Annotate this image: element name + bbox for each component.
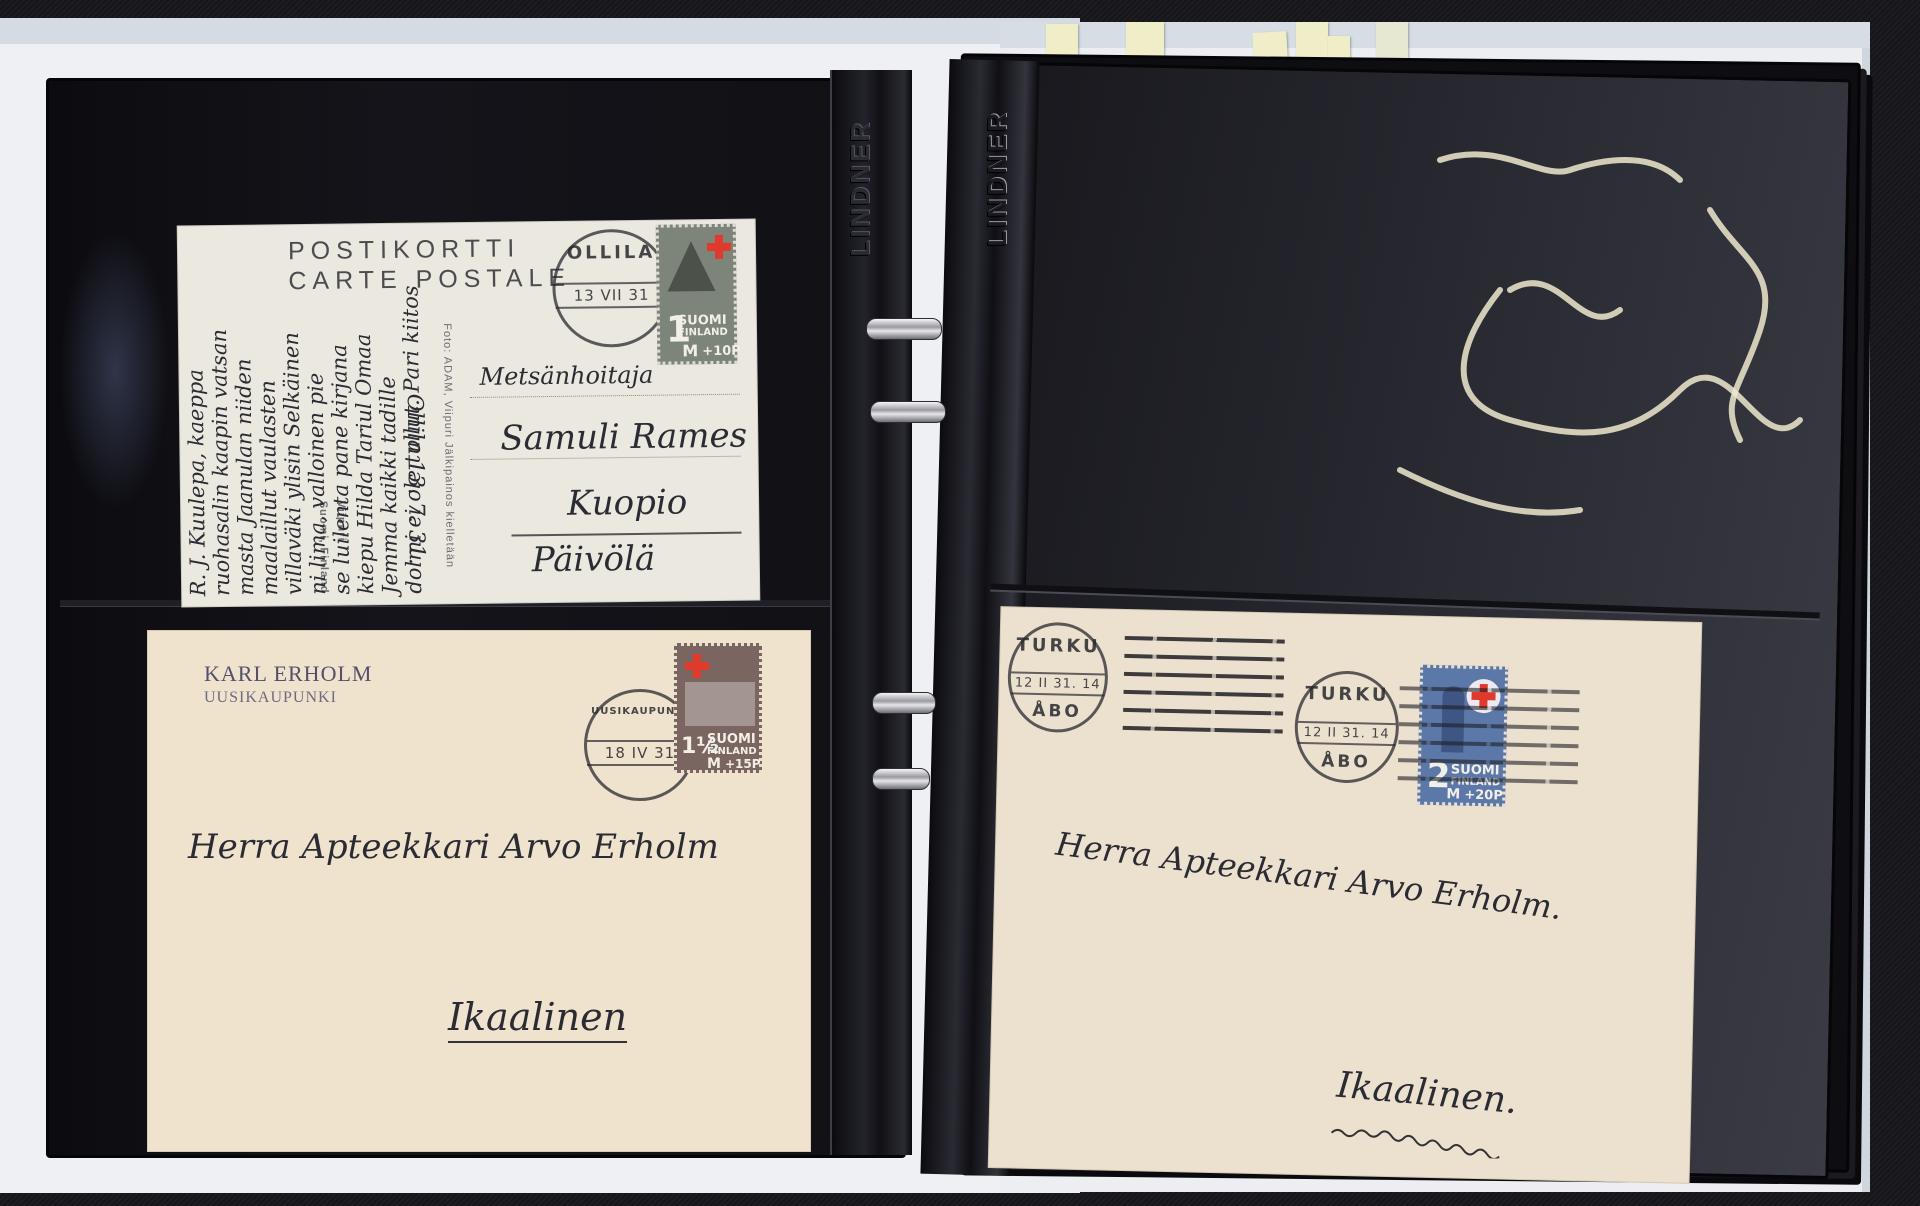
recipient-line-1: Herra Apteekkari Arvo Erholm xyxy=(188,827,719,867)
postmark-turku-1: TURKU 12 II 31. 14 ÅBO xyxy=(1007,621,1109,733)
envelope-erholm-uusikaupunki[interactable]: KARL ERHOLM UUSIKAUPUNKI UUSIKAUPUNKI 18… xyxy=(148,631,810,1151)
machine-cancel-lines xyxy=(1122,636,1284,748)
postmark-turku-2: TURKU 12 II 31. 14 ÅBO xyxy=(1294,670,1401,784)
recipient-line-2: Ikaalinen xyxy=(448,995,627,1043)
machine-cancel-lines xyxy=(1397,686,1579,798)
castle-illustration xyxy=(685,682,755,726)
binder-ring[interactable] xyxy=(872,692,936,714)
binder-brand-left: LINDNER xyxy=(845,120,876,257)
postmark-ollila: OLLILA 13 VII 31 xyxy=(552,229,671,348)
address-rule xyxy=(470,394,740,398)
recipient-line-1: Herra Apteekkari Arvo Erholm. xyxy=(1054,825,1564,927)
postcard-message: R. J. Kuulepa, kaeppa ruohasalin kaapin … xyxy=(182,233,436,596)
album-cover-edge xyxy=(0,18,1080,44)
underline-squiggle xyxy=(1329,1125,1530,1160)
binder-ring[interactable] xyxy=(872,768,930,790)
message-date: Ollila 13. 7. 31. xyxy=(402,394,429,566)
stamp-1m-10p[interactable]: SUOMI FINLAND 1 M +10P xyxy=(656,224,738,365)
recipient-line-2: Ikaalinen. xyxy=(1335,1065,1519,1123)
glare-reflection xyxy=(60,230,170,510)
index-tab[interactable] xyxy=(1046,24,1078,58)
church-illustration xyxy=(667,241,716,292)
sheet-protector-glare xyxy=(1380,140,1820,560)
address-line-3: Kuopio xyxy=(567,482,688,523)
address-rule xyxy=(511,532,741,537)
sender-stamp-name: KARL ERHOLM xyxy=(204,661,372,687)
address-line-2: Samuli Rames xyxy=(500,416,747,459)
binder-ring[interactable] xyxy=(866,318,942,340)
address-line-4: Päivölä xyxy=(532,539,656,581)
red-cross-icon xyxy=(683,652,711,680)
address-line-1: Metsänhoitaja xyxy=(479,361,653,391)
postcard[interactable]: POSTIKORTTI CARTE POSTALE Foto: ADAM, Vi… xyxy=(178,219,760,606)
binder-brand-right: LINDNER xyxy=(982,110,1013,247)
sender-stamp-town: UUSIKAUPUNKI xyxy=(204,689,337,707)
photo-credit: Foto: ADAM, Viipuri Jälkipainos kielletä… xyxy=(441,323,456,568)
stamp-1-5m-15p[interactable]: SUOMI FINLAND 1½ M +15P xyxy=(674,643,762,773)
binder-ring[interactable] xyxy=(870,401,946,423)
envelope-turku[interactable]: TURKU 12 II 31. 14 ÅBO TURKU 12 II 31. 1… xyxy=(989,607,1702,1183)
